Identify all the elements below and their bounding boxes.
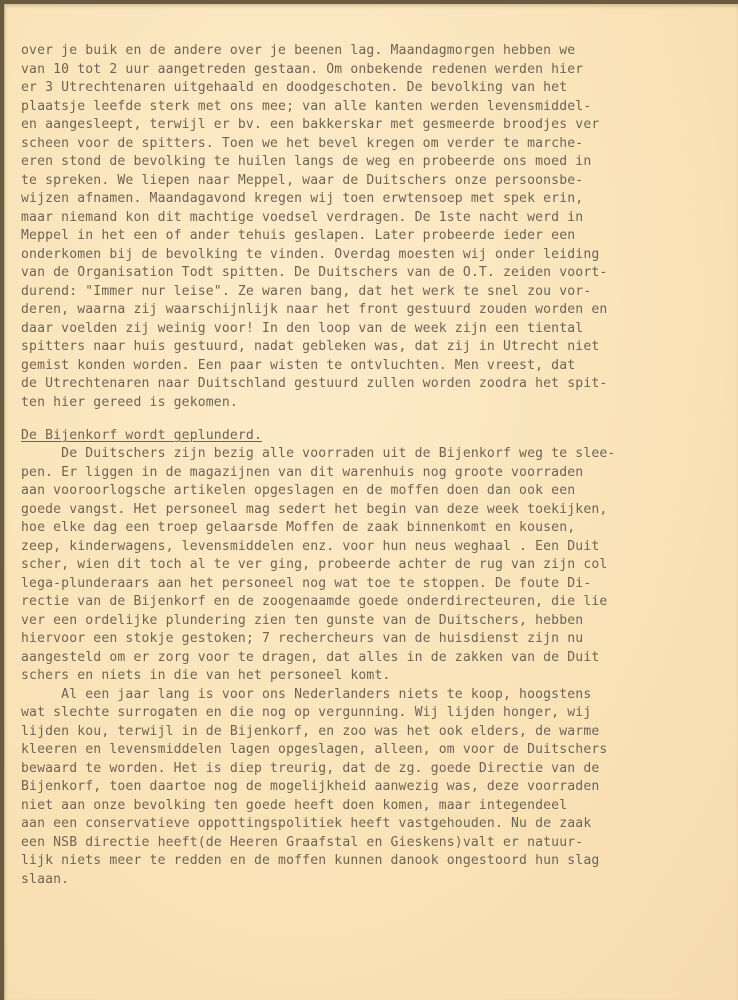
text-line: lega-plunderaars aan het personeel nog w… — [21, 575, 591, 593]
text-line: rectie van de Bijenkorf en de zoogenaamd… — [21, 593, 607, 611]
text-line: niet aan onze bevolking ten goede heeft … — [21, 797, 567, 815]
section-heading-bijenkorf: De Bijenkorf wordt geplunderd. — [21, 427, 262, 445]
text-line: over je buik en de andere over je beenen… — [21, 42, 575, 60]
text-line: onderkomen bij de bevolking te vinden. O… — [21, 246, 599, 264]
text-line: wijzen afnamen. Maandagavond kregen wij … — [21, 190, 583, 208]
text-line: goede vangst. Het personeel mag sedert h… — [21, 501, 607, 519]
text-line: van de Organisation Todt spitten. De Dui… — [21, 264, 607, 282]
text-line: en aangesleept, terwijl er bv. een bakke… — [21, 116, 599, 134]
text-line: slaan. — [21, 871, 69, 889]
text-line: Meppel in het een of ander tehuis geslap… — [21, 227, 575, 245]
text-line: aan vooroorlogsche artikelen opgeslagen … — [21, 482, 575, 500]
typewritten-page: over je buik en de andere over je beenen… — [4, 4, 738, 1000]
text-line: hoe elke dag een troep gelaarsde Moffen … — [21, 519, 575, 537]
text-line: zeep, kinderwagens, levensmiddelen enz. … — [21, 538, 599, 556]
text-line: gemist konden worden. Een paar wisten te… — [21, 357, 575, 375]
text-line: Al een jaar lang is voor ons Nederlander… — [21, 686, 591, 704]
text-line: pen. Er liggen in de magazijnen van dit … — [21, 464, 583, 482]
text-line: kleeren en levensmiddelen lagen opgeslag… — [21, 741, 607, 759]
text-line: De Duitschers zijn bezig alle voorraden … — [21, 445, 615, 463]
text-line: een NSB directie heeft(de Heeren Graafst… — [21, 834, 583, 852]
text-line: spitters naar huis gestuurd, nadat geble… — [21, 338, 599, 356]
text-line: scheen voor de spitters. Toen we het bev… — [21, 135, 583, 153]
text-line: deren, waarna zij waarschijnlijk naar he… — [21, 301, 607, 319]
text-line: Bijenkorf, toen daartoe nog de mogelijkh… — [21, 778, 599, 796]
text-line: eren stond de bevolking te huilen langs … — [21, 153, 591, 171]
text-line: de Utrechtenaren naar Duitschland gestuu… — [21, 375, 607, 393]
text-line: scher, wien dit toch al te ver ging, pro… — [21, 556, 607, 574]
text-line: wat slechte surrogaten en die nog op ver… — [21, 704, 591, 722]
text-line: van 10 tot 2 uur aangetreden gestaan. Om… — [21, 61, 583, 79]
text-line: te spreken. We liepen naar Meppel, waar … — [21, 172, 583, 190]
text-line: durend: "Immer nur leise". Ze waren bang… — [21, 283, 591, 301]
text-line: ten hier gereed is gekomen. — [21, 394, 238, 412]
text-line: hiervoor een stokje gestoken; 7 recherch… — [21, 630, 583, 648]
text-line: lijk niets meer te redden en de moffen k… — [21, 852, 599, 870]
text-line: daar voelden zij weinig voor! In den loo… — [21, 320, 583, 338]
text-line: ver een ordelijke plundering zien ten gu… — [21, 612, 583, 630]
text-line: bewaard te worden. Het is diep treurig, … — [21, 760, 599, 778]
text-line: er 3 Utrechtenaren uitgehaald en doodges… — [21, 79, 567, 97]
text-line: lijden kou, terwijl in de Bijenkorf, en … — [21, 723, 599, 741]
text-line: schers en niets in die van het personeel… — [21, 667, 391, 685]
text-line: maar niemand kon dit machtige voedsel ve… — [21, 209, 583, 227]
text-line: aan een conservatieve oppottingspolitiek… — [21, 815, 591, 833]
text-line: plaatsje leefde sterk met ons mee; van a… — [21, 98, 591, 116]
text-line: aangesteld om er zorg voor te dragen, da… — [21, 649, 599, 667]
